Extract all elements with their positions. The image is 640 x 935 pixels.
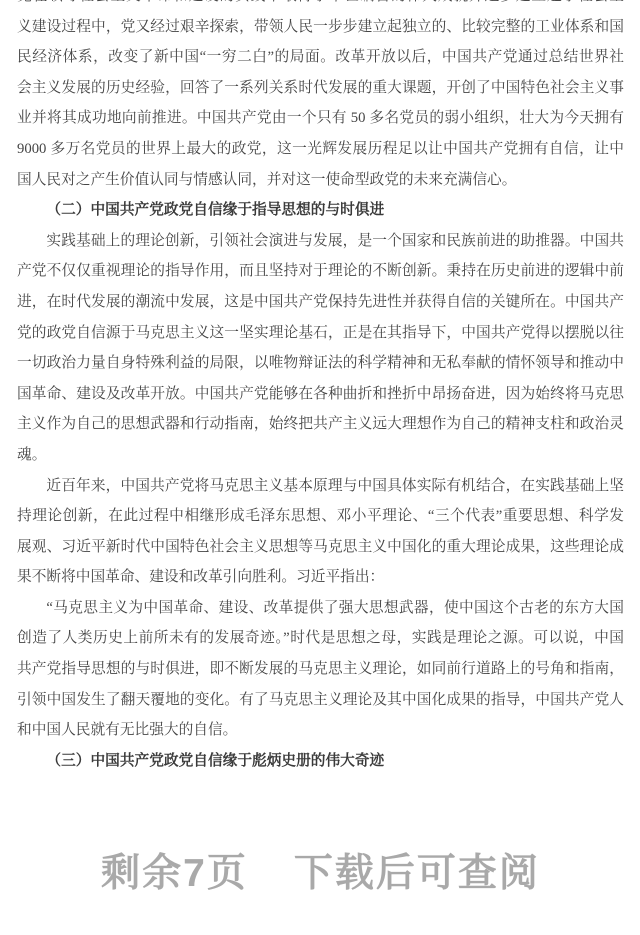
doc-line: 9000 多万名党员的世界上最大的政党，这一光辉发展历程足以让中国共产党拥有自信…	[17, 134, 624, 165]
doc-line: 产党不仅仅重视理论的指导作用，而且坚持对于理论的不断创新。秉持在历史前进的逻辑中…	[17, 256, 624, 287]
doc-line: 一切政治力量自身特殊利益的局限，以唯物辩证法的科学精神和无私奉献的情怀领导和推动…	[17, 348, 624, 379]
document-lines: 党在领导社会主义革命和建设的实践中取得了举世瞩目的伟大成就并逐步建立起了社会主义…	[17, 0, 624, 776]
doc-line: 民经济体系，改变了新中国“一穷二白”的局面。改革开放以后，中国共产党通过总结世界…	[17, 42, 624, 73]
doc-line: 会主义发展的历史经验，回答了一系列关系时代发展的重大课题，开创了中国特色社会主义…	[17, 73, 624, 104]
remaining-pages-label: 剩余7页	[101, 842, 248, 898]
doc-line: 近百年来，中国共产党将马克思主义基本原理与中国具体实际有机结合，在实践基础上坚	[17, 471, 624, 502]
clipped-line: 党在领导社会主义革命和建设的实践中取得了举世瞩目的伟大成就并逐步建立起了社会主	[17, 0, 624, 12]
doc-line: “马克思主义为中国革命、建设、改革提供了强大思想武器，使中国这个古老的东方大国	[17, 593, 624, 624]
doc-line: 引领中国发生了翻天覆地的变化。有了马克思主义理论及其中国化成果的指导，中国共产党…	[17, 685, 624, 716]
doc-line: 果不断将中国革命、建设和改革引向胜利。习近平指出：	[17, 562, 624, 593]
doc-line: 创造了人类历史上前所未有的发展奇迹。”时代是思想之母，实践是理论之源。可以说，中…	[17, 623, 624, 654]
doc-line: 国革命、建设及改革开放。中国共产党能够在各种曲折和挫折中昂扬奋进，因为始终将马克…	[17, 379, 624, 410]
doc-line: 共产党指导思想的与时俱进，即不断发展的马克思主义理论，如同前行道路上的号角和指南…	[17, 654, 624, 685]
download-hint-label: 下载后可查阅	[294, 842, 540, 898]
doc-line: 魂。	[17, 440, 624, 471]
doc-line: 业并将其成功地向前推进。中国共产党由一个只有 50 多名党员的弱小组织，壮大为今…	[17, 103, 624, 134]
doc-line: 义建设过程中，党又经过艰辛探索，带领人民一步步建立起独立的、比较完整的工业体系和…	[17, 12, 624, 43]
document-preview-page: 党在领导社会主义革命和建设的实践中取得了举世瞩目的伟大成就并逐步建立起了社会主义…	[0, 0, 640, 935]
doc-line: 国人民对之产生价值认同与情感认同，并对这一使命型政党的未来充满信心。	[17, 165, 624, 196]
doc-line: 和中国人民就有无比强大的自信。	[17, 715, 624, 746]
doc-line: 主义作为自己的思想武器和行动指南，始终把共产主义远大理想作为自己的精神支柱和政治…	[17, 409, 624, 440]
section-heading: （三）中国共产党政党自信缘于彪炳史册的伟大奇迹	[17, 746, 624, 777]
doc-line: 党的政党自信源于马克思主义这一坚实理论基石，正是在其指导下，中国共产党得以摆脱以…	[17, 318, 624, 349]
doc-line: 实践基础上的理论创新，引领社会演进与发展，是一个国家和民族前进的助推器。中国共	[17, 226, 624, 257]
document-body: 党在领导社会主义革命和建设的实践中取得了举世瞩目的伟大成就并逐步建立起了社会主义…	[0, 0, 640, 898]
doc-line: 进，在时代发展的潮流中发展，这是中国共产党保持先进性并获得自信的关键所在。中国共…	[17, 287, 624, 318]
section-heading: （二）中国共产党政党自信缘于指导思想的与时俱进	[17, 195, 624, 226]
remaining-pages-banner: 剩余7页 下载后可查阅	[17, 842, 624, 898]
doc-line: 持理论创新，在此过程中相继形成毛泽东思想、邓小平理论、“三个代表”重要思想、科学…	[17, 501, 624, 532]
doc-line: 展观、习近平新时代中国特色社会主义思想等马克思主义中国化的重大理论成果，这些理论…	[17, 532, 624, 563]
